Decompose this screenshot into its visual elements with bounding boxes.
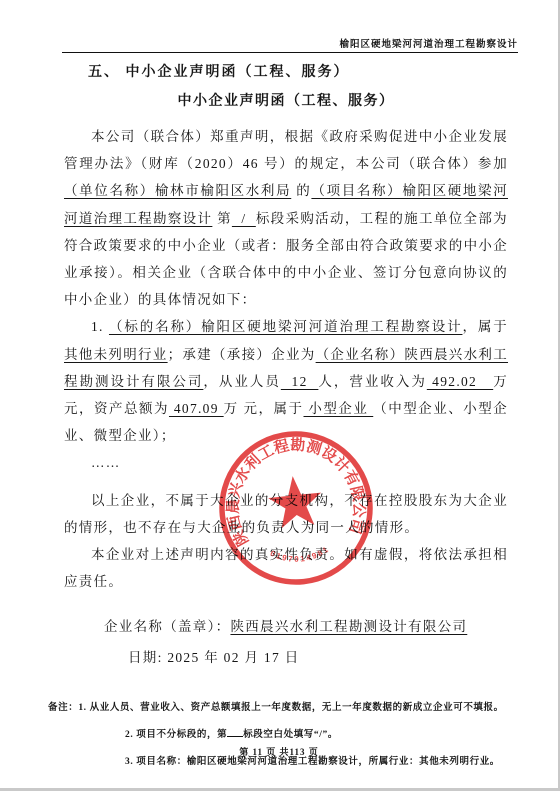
- assets-value: 407.09: [169, 401, 224, 416]
- employee-count: 12: [281, 374, 319, 389]
- document-content: 五、 中小企业声明函（工程、服务） 中小企业声明函（工程、服务） 本公司（联合体…: [0, 61, 558, 666]
- responsibility-paragraph: 本企业对上述声明内容的真实性负责。如有虚假，将依法承担相应责任。: [64, 541, 508, 595]
- signature-date-line: 日期: 2025 年 02 月 17 日: [128, 646, 508, 666]
- industry-category: 其他未列明行业: [64, 347, 168, 362]
- p2-text: ，从业人员: [203, 374, 280, 389]
- document-page: 榆阳区硬地梁河河道治理工程勘察设计 五、 中小企业声明函（工程、服务） 中小企业…: [0, 0, 560, 791]
- p2-text: 万 元，属于: [224, 401, 304, 416]
- page-number: 第 11 页 共113 页: [239, 747, 319, 757]
- company-seal-label: 企业名称（盖章）：: [104, 619, 230, 634]
- p1-text: 本公司（联合体）郑重声明，根据《政府采购促进中小企业发展管理办法》（财库（202…: [64, 129, 508, 171]
- p2-text: ，属于: [462, 319, 508, 334]
- blank-underline: [227, 727, 243, 737]
- note-2: 2. 项目不分标段的，第标段空白处填写“/”。: [125, 724, 512, 747]
- section-heading: 五、 中小企业声明函（工程、服务）: [88, 61, 508, 81]
- note-1: 备注：1. 从业人员、营业收入、资产总额填报上一年度数据，无上一年度数据的新成立…: [38, 697, 512, 720]
- notes-label: 备注：: [48, 703, 78, 713]
- note-2-text-pre: 2. 项目不分标段的，第: [125, 730, 227, 740]
- p2-text: ；承建（承接）企业为: [168, 347, 316, 362]
- spacer: [64, 477, 508, 487]
- p2-text: 人，营业收入为: [318, 374, 426, 389]
- bid-item-paragraph: 1. （标的名称）榆阳区硬地梁河河道治理工程勘察设计，属于其他未列明行业；承建（…: [64, 313, 508, 449]
- note-1-text: 1. 从业人员、营业收入、资产总额填报上一年度数据，无上一年度数据的新成立企业可…: [78, 703, 503, 713]
- p1-text: 第: [212, 211, 232, 226]
- declaration-paragraph: 本公司（联合体）郑重声明，根据《政府采购促进中小企业发展管理办法》（财库（202…: [64, 123, 508, 313]
- bid-subject-name: （标的名称）榆阳区硬地梁河河道治理工程勘察设计: [109, 319, 462, 334]
- item-number: 1.: [91, 319, 109, 334]
- purchaser-name: （单位名称）榆林市榆阳区水利局: [64, 183, 291, 198]
- branch-statement-paragraph: 以上企业，不属于大企业的分支机构，不存在控股股东为大企业的情形，也不存在与大企业…: [64, 487, 508, 541]
- revenue-value: 492.02: [427, 374, 493, 389]
- ellipsis-line: ……: [64, 449, 508, 476]
- doc-title: 中小企业声明函（工程、服务）: [64, 90, 508, 110]
- signature-company-name: 陕西晨兴水利工程勘测设计有限公司: [230, 619, 467, 634]
- page-header: 榆阳区硬地梁河河道治理工程勘察设计: [62, 36, 518, 53]
- p1-text: 的: [291, 183, 311, 198]
- page-footer: 第 11 页 共113 页: [0, 745, 558, 758]
- notes-section: 备注：1. 从业人员、营业收入、资产总额填报上一年度数据，无上一年度数据的新成立…: [0, 697, 558, 774]
- signature-company-line: 企业名称（盖章）：陕西晨兴水利工程勘测设计有限公司: [104, 615, 508, 635]
- note-2-text-post: 标段空白处填写“/”。: [243, 730, 338, 740]
- header-project-title: 榆阳区硬地梁河河道治理工程勘察设计: [339, 40, 518, 50]
- lot-number: /: [232, 211, 256, 226]
- enterprise-size: 小型企业: [304, 401, 374, 416]
